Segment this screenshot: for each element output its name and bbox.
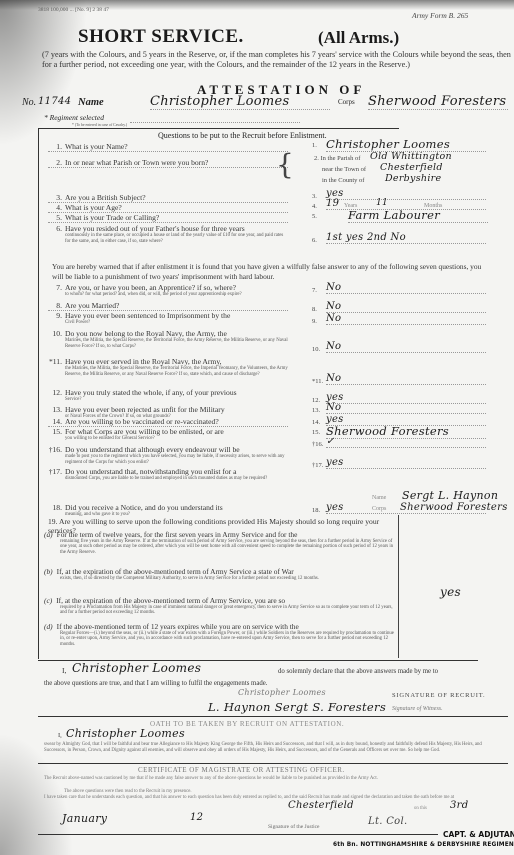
question-text: 13.Have you ever been rejected as unfit …	[48, 405, 288, 414]
condition-subtext: exists, then, if so directed by the Comp…	[60, 576, 396, 581]
answer-value: No	[326, 282, 486, 294]
question-number: 8.	[48, 301, 62, 310]
justice-signature: Lt. Col.	[368, 816, 407, 827]
regiment-selected-field	[130, 113, 300, 123]
question-subtext: Service?	[65, 397, 290, 403]
answer-number: 3.	[312, 193, 317, 200]
question-item: 9.Have you ever been sentenced to Impris…	[48, 311, 288, 326]
on-this-label: on this	[414, 806, 427, 811]
question-number: 12.	[48, 388, 62, 397]
question-text: 7.Are you, or have you been, an Apprenti…	[48, 283, 288, 292]
condition-label: (c)	[44, 596, 52, 605]
stamp-rank: CAPT. & ADJUTANT.	[443, 830, 514, 839]
question-text: 5.What is your Trade or Calling?	[48, 213, 288, 223]
question-text: 1.What is your Name?	[48, 142, 288, 152]
condition-body: If the above-mentioned term of 12 years …	[57, 622, 299, 631]
answer-number: †16.	[312, 441, 323, 448]
question-text: 2.In or near what Parish or Town were yo…	[48, 158, 288, 168]
justice-signature-label: Signature of the Justice	[268, 824, 319, 830]
question-item: †16.Do you understand that although ever…	[48, 445, 288, 465]
question-item: †17.Do you understand that, notwithstand…	[48, 467, 288, 482]
declaration-text-1: do solemnly declare that the above answe…	[278, 668, 438, 675]
question-text: †16.Do you understand that although ever…	[48, 445, 288, 454]
condition-body: If, at the expiration of the above-menti…	[56, 596, 285, 605]
certificate-place: Chesterfield	[288, 800, 354, 811]
q19-number: 19.	[48, 517, 58, 526]
question-text: 15.For what Corps are you willing to be …	[48, 427, 288, 436]
question-number: 3.	[48, 193, 62, 202]
answer-number: 13.	[312, 407, 320, 414]
answer-value: No	[326, 341, 486, 353]
question-subtext: continuously in the same place, or occup…	[65, 233, 290, 244]
years-label: Years	[344, 203, 357, 209]
parish-label: In the Parish of	[321, 155, 361, 162]
certificate-line-2: The above questions were then read to th…	[64, 789, 192, 794]
question-body: In or near what Parish or Town were you …	[65, 158, 208, 167]
condition-item: (d)If the above-mentioned term of 12 yea…	[44, 622, 394, 647]
question-body: Are you Married?	[65, 301, 119, 310]
question-item: 7.Are you, or have you been, an Apprenti…	[48, 283, 288, 298]
question-item: 5.What is your Trade or Calling?	[48, 213, 288, 223]
divider	[38, 716, 508, 717]
answer-number: 1.	[312, 142, 317, 149]
answer-value: yes	[326, 457, 486, 469]
condition-body: For the term of twelve years, for the fi…	[57, 530, 298, 539]
question-text: 9.Have you ever been sentenced to Impris…	[48, 311, 288, 320]
question-text: 14.Are you willing to be vaccinated or r…	[48, 417, 288, 427]
answer-number: 18.	[312, 507, 320, 514]
question-subtext: to whom? for what period? and, when did,…	[65, 292, 290, 298]
question-text: 4.What is your Age?	[48, 203, 288, 213]
answer-number: 9.	[312, 318, 317, 325]
question-subtext: Civil Power?	[65, 320, 290, 326]
notice-name-value: Sergt L. Haynon	[402, 489, 498, 502]
question-number: 2.	[48, 158, 62, 167]
question-item: 10.Do you now belong to the Royal Navy, …	[48, 329, 288, 349]
answer-number: *11.	[312, 378, 323, 385]
question-body: What is your Trade or Calling?	[65, 213, 159, 222]
question-body: Do you understand that although every en…	[65, 445, 240, 454]
q19-answer: yes	[440, 585, 461, 599]
answer-value: No	[326, 313, 486, 325]
question-subtext: dismounted Corps, you are liable to be t…	[65, 476, 290, 482]
question-number: 13.	[48, 405, 62, 414]
birth-town-label: near the Town of	[322, 166, 366, 173]
oath-name: Christopher Loomes	[66, 727, 185, 740]
question-number: 7.	[48, 283, 62, 292]
divider	[38, 834, 438, 835]
question-subtext: you willing to be enlisted for General S…	[65, 436, 290, 442]
answer-number: 10.	[312, 346, 320, 353]
divider	[398, 515, 399, 658]
answer-number: 14.	[312, 419, 320, 426]
recruit-signature-label: SIGNATURE OF RECRUIT.	[392, 692, 485, 699]
question-body: Have you ever served in the Royal Navy, …	[65, 357, 222, 366]
question-body: Are you a British Subject?	[65, 193, 146, 202]
question-text: †17.Do you understand that, notwithstand…	[48, 467, 288, 476]
condition-label: (b)	[44, 567, 53, 576]
question-text: 3.Are you a British Subject?	[48, 193, 288, 203]
certificate-line-1: The Recruit above-named was cautioned by…	[44, 776, 504, 782]
question-body: What is your Name?	[65, 142, 128, 151]
certificate-line-3: I have taken care that he understands ea…	[44, 795, 504, 801]
answer-value: Farm Labourer	[348, 208, 488, 223]
question-body: Do you now belong to the Royal Navy, the…	[65, 329, 227, 338]
no-label: No.	[22, 97, 36, 108]
condition-label: (d)	[44, 622, 53, 631]
question-body: For what Corps are you willing to be enl…	[65, 427, 224, 436]
notice-corps-label: Corps	[372, 506, 386, 512]
condition-text: (b)If, at the expiration of the above-me…	[44, 567, 394, 576]
birth-county-value: Derbyshire	[385, 173, 441, 184]
divider	[38, 763, 508, 764]
answer-value: ✓	[326, 436, 486, 448]
question-body: Are you willing to be vaccinated or re-v…	[65, 417, 219, 426]
birth-parish-value: Old Whittington	[370, 151, 452, 162]
question-body: Did you receive a Notice, and do you und…	[65, 503, 223, 512]
regiment-selected-label: * Regiment selected	[44, 113, 104, 122]
oath-prefix: I,	[58, 732, 62, 739]
question-item: 8.Are you Married?	[48, 301, 288, 311]
answer-value: 1st yes 2nd No	[326, 232, 486, 244]
condition-subtext: required by a Proclamation from His Maje…	[60, 605, 396, 616]
question-item: 12.Have you truly stated the whole, if a…	[48, 388, 288, 403]
condition-text: (c)If, at the expiration of the above-me…	[44, 596, 394, 605]
question-text: 8.Are you Married?	[48, 301, 288, 311]
question-number: 4.	[48, 203, 62, 212]
certificate-heading: CERTIFICATE OF MAGISTRATE OR ATTESTING O…	[138, 766, 345, 774]
form-title: SHORT SERVICE.	[78, 26, 244, 48]
question-number: †17.	[48, 467, 62, 476]
form-number: Army Form B. 265	[412, 11, 468, 20]
question-number: 5.	[48, 213, 62, 222]
question-text: *11.Have you ever served in the Royal Na…	[48, 357, 288, 366]
answer-number: 15.	[312, 429, 320, 436]
certificate-month: January	[62, 812, 107, 825]
question-item: 15.For what Corps are you willing to be …	[48, 427, 288, 442]
stamp-regiment: 6th Bn. NOTTINGHAMSHIRE & DERBYSHIRE REG…	[333, 842, 514, 848]
question-item: 14.Are you willing to be vaccinated or r…	[48, 417, 288, 427]
question-item: 1.What is your Name?	[48, 142, 288, 152]
answer-number: 7.	[312, 287, 317, 294]
answer-number: 6.	[312, 237, 317, 244]
question-text: 12.Have you truly stated the whole, if a…	[48, 388, 288, 397]
cavalry-note: * (To be entered in case of Cavalry.)	[72, 123, 127, 127]
question-body: Have you ever been rejected as unfit for…	[65, 405, 225, 414]
question-number: *11.	[48, 357, 62, 366]
question-body: Do you understand that, notwithstanding …	[65, 467, 236, 476]
question-item: 18.Did you receive a Notice, and do you …	[48, 503, 288, 518]
question-number: 10.	[48, 329, 62, 338]
answer-number: 4.	[312, 203, 317, 210]
answer-value: Christopher Loomes	[326, 137, 486, 152]
question-item: 3.Are you a British Subject?	[48, 193, 288, 203]
question-item: 4.What is your Age?	[48, 203, 288, 213]
declaration-text-2: the above questions are true, and that I…	[44, 680, 267, 687]
birth-county-label: in the County of	[322, 177, 364, 184]
recruit-name-value: Christopher Loomes	[150, 94, 330, 110]
question-body: Are you, or have you been, an Apprentice…	[65, 283, 236, 292]
notice-name-label: Name	[372, 495, 386, 501]
no-value: 11744	[38, 96, 71, 107]
months-label: Months	[424, 203, 442, 209]
question-body: Have you resided out of your Father's ho…	[65, 224, 245, 233]
answer-number: †17.	[312, 462, 323, 469]
condition-body: If, at the expiration of the above-menti…	[57, 567, 294, 576]
notice-corps-value: Sherwood Foresters	[400, 502, 508, 513]
question-number: 15.	[48, 427, 62, 436]
witness-signature: L. Haynon Sergt S. Foresters	[208, 700, 386, 714]
condition-subtext: Regular Forces—(i.) beyond the seas, or …	[60, 631, 396, 647]
condition-subtext: remaining five years in the Army Reserve…	[60, 539, 396, 555]
answer-number: 8.	[312, 306, 317, 313]
question-item: 2.In or near what Parish or Town were yo…	[48, 158, 288, 168]
question-number: 14.	[48, 417, 62, 426]
question-item: 6.Have you resided out of your Father's …	[48, 224, 288, 244]
brace: {	[276, 148, 294, 181]
condition-item: (a)For the term of twelve years, for the…	[44, 530, 394, 555]
warning-text: You are hereby warned that if after enli…	[52, 262, 492, 282]
condition-item: (c)If, at the expiration of the above-me…	[44, 596, 394, 616]
condition-item: (b)If, at the expiration of the above-me…	[44, 567, 394, 581]
print-codes: 3818 100,000 ... [No. 9] 2 38 47	[38, 7, 109, 13]
question-number: 1.	[48, 142, 62, 151]
answer-number: 5.	[312, 213, 317, 220]
question-text: 10.Do you now belong to the Royal Navy, …	[48, 329, 288, 338]
question-body: What is your Age?	[65, 203, 122, 212]
name-label: Name	[78, 97, 104, 108]
declaration-prefix: I,	[62, 666, 66, 675]
certificate-year: 12	[190, 812, 203, 823]
answer-value: No	[326, 373, 486, 385]
birth-town-value: Chesterfield	[380, 162, 443, 173]
condition-text: (a)For the term of twelve years, for the…	[44, 530, 394, 539]
question-item: *11.Have you ever served in the Royal Na…	[48, 357, 288, 377]
question-text: 6.Have you resided out of your Father's …	[48, 224, 288, 233]
attestation-form-page: 3818 100,000 ... [No. 9] 2 38 47 Army Fo…	[0, 0, 514, 855]
question-body: Have you ever been sentenced to Imprison…	[65, 311, 230, 320]
question-number: †16.	[48, 445, 62, 454]
question-number: 9.	[48, 311, 62, 320]
corps-label: Corps	[338, 98, 355, 106]
terms-text: (7 years with the Colours, and 5 years i…	[42, 50, 512, 70]
months-value: 11	[376, 198, 388, 208]
question-number: 18.	[48, 503, 62, 512]
form-subtitle: (All Arms.)	[318, 28, 399, 48]
answer-value: No	[326, 301, 486, 313]
question-subtext: the Marines, the Militia, the Special Re…	[65, 366, 290, 377]
oath-text: swear by Almighty God, that I will be fa…	[44, 742, 504, 754]
declaration-name: Christopher Loomes	[72, 661, 201, 675]
corps-value: Sherwood Foresters	[368, 94, 508, 110]
witness-signature-label: Signature of Witness.	[392, 706, 443, 712]
question-subtext: made to post you to the regiment which y…	[65, 454, 290, 465]
condition-label: (a)	[44, 530, 53, 539]
questions-heading: Questions to be put to the Recruit befor…	[158, 131, 327, 140]
answer-number: 12.	[312, 397, 320, 404]
birth-parish-label: 2. In the Parish of	[314, 155, 360, 162]
question-text: 18.Did you receive a Notice, and do you …	[48, 503, 288, 512]
question-body: Have you truly stated the whole, if any,…	[65, 388, 237, 397]
recruit-signature: Christopher Loomes	[238, 688, 326, 697]
question-number: 6.	[48, 224, 62, 233]
question-subtext: Marines, the Militia, the Special Reserv…	[65, 338, 290, 349]
certificate-day: 3rd	[450, 800, 468, 811]
answer-value: No	[326, 402, 486, 414]
condition-text: (d)If the above-mentioned term of 12 yea…	[44, 622, 394, 631]
